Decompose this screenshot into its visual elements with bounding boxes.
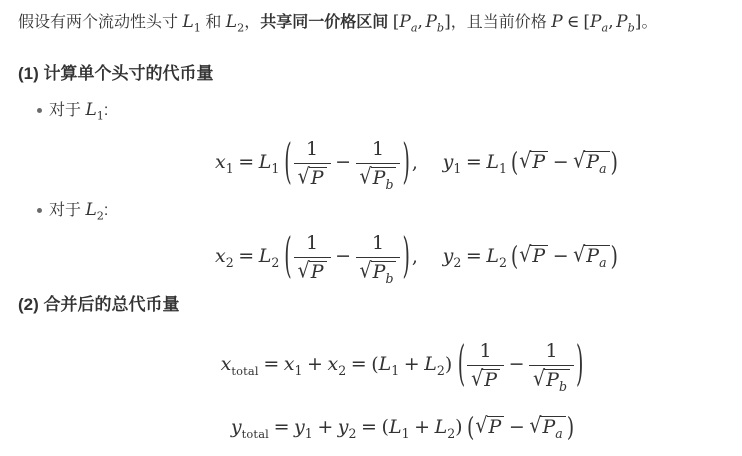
document: 假设有两个流动性头寸 L1 和 L2，共享同一价格区间 [Pa,Pb]，且当前价… [0, 0, 742, 452]
math-x1-y1: x1=L1(1√P−1√Pb),y1=L1(√P−√Pa) [215, 138, 619, 189]
bullet-item-l1: 对于 L1: [18, 98, 742, 122]
bullet-l2-label: 对于 L2: [49, 202, 108, 219]
bullet-icon [37, 208, 42, 213]
intro-paragraph: 假设有两个流动性头寸 L1 和 L2，共享同一价格区间 [Pa,Pb]，且当前价… [18, 10, 742, 35]
math-x2-y2: x2=L2(1√P−1√Pb),y2=L2(√P−√Pa) [215, 232, 619, 283]
formula-y-total: ytotal=y1+y2=(L1+L2)(√P−√Pa) [18, 402, 742, 452]
bullet-item-l2: 对于 L2: [18, 198, 742, 222]
bullet-l1-label: 对于 L1: [49, 102, 108, 119]
section-heading-1: (1) 计算单个头寸的代币量 [18, 63, 742, 85]
formula-x-total: xtotal=x1+x2=(L1+L2)(1√P−1√Pb) [18, 332, 742, 398]
formula-position-1: x1=L1(1√P−1√Pb),y1=L1(√P−√Pa) [18, 132, 742, 194]
bullet-icon [37, 108, 42, 113]
math-y-total: ytotal=y1+y2=(L1+L2)(√P−√Pa) [231, 416, 575, 438]
formula-position-2: x2=L2(1√P−1√Pb),y2=L2(√P−√Pa) [18, 226, 742, 288]
math-x-total: xtotal=x1+x2=(L1+L2)(1√P−1√Pb) [221, 340, 586, 391]
section-heading-2: (2) 合并后的总代币量 [18, 294, 742, 316]
